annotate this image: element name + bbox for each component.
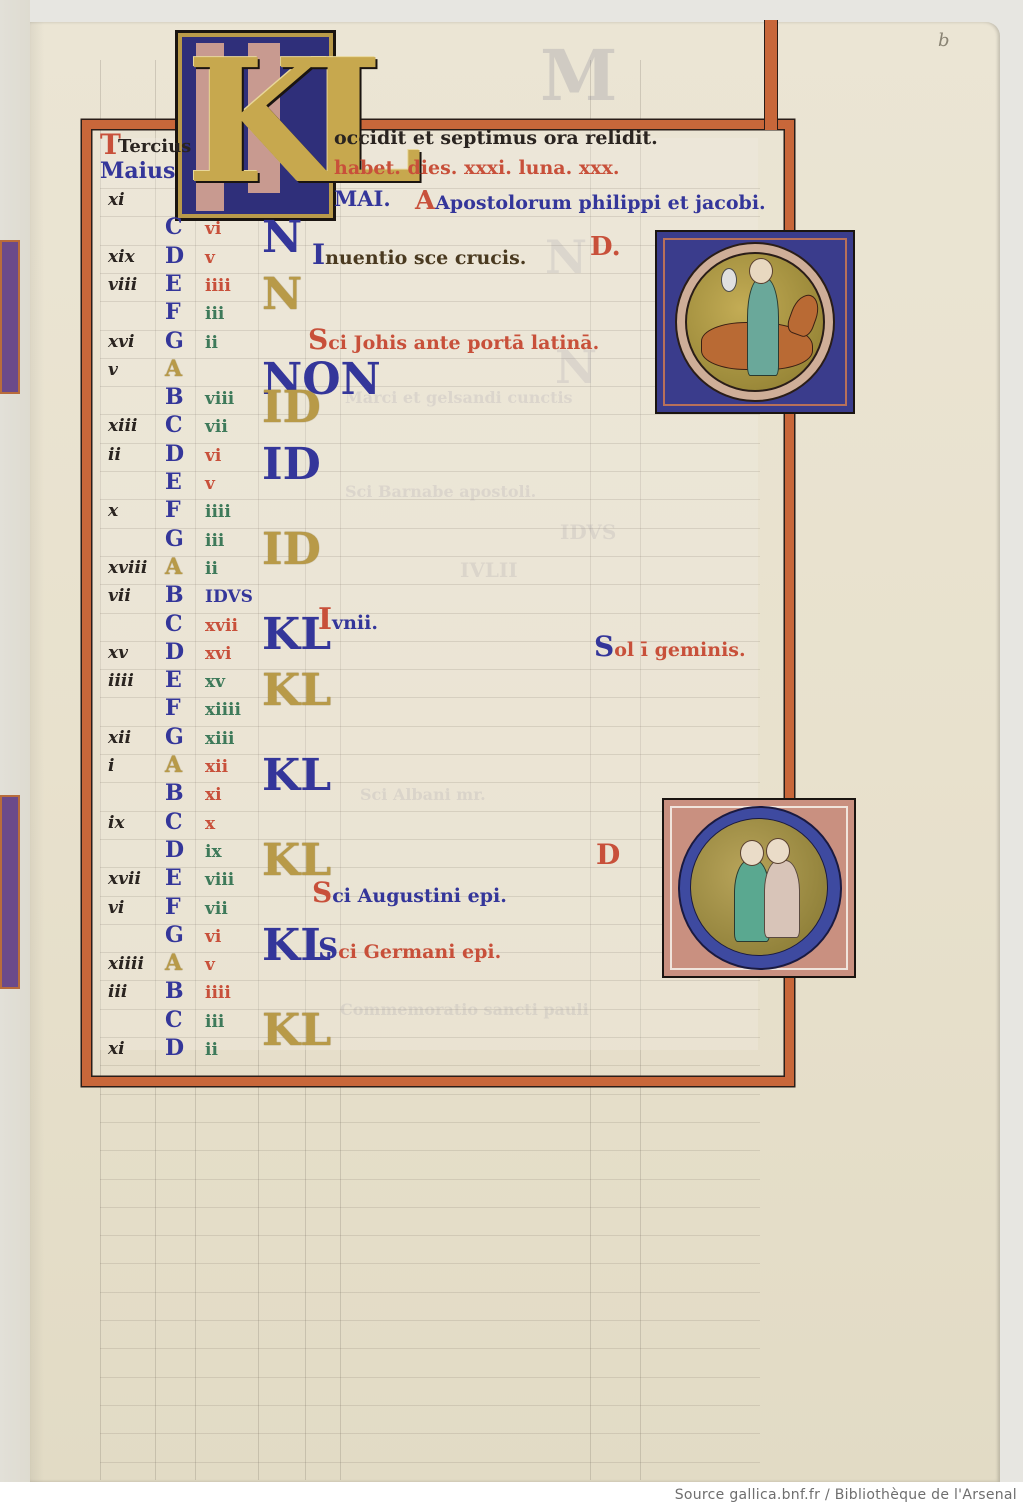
golden-number: xvii <box>108 869 141 889</box>
ruling-line <box>100 754 760 755</box>
dominical-letter: F <box>165 894 181 920</box>
day-count: iiii <box>205 276 231 296</box>
frame-extension-bar <box>764 20 778 130</box>
dominical-letter: A <box>165 752 182 778</box>
roman-date-marker: N <box>262 269 302 320</box>
golden-number: iiii <box>108 671 134 691</box>
page-gutter-shadow <box>30 22 44 1482</box>
ruling-line <box>100 528 760 529</box>
dominical-letter: F <box>165 497 181 523</box>
ruling-line <box>100 584 760 585</box>
day-count: viii <box>205 389 234 409</box>
dies-aegyptiacus-mark: D. <box>590 232 621 262</box>
kalends-label: MAI. <box>334 186 391 211</box>
twin-head-icon <box>766 838 790 864</box>
dominical-letter: F <box>165 299 181 325</box>
ruling-line <box>100 1094 760 1095</box>
ruling-line <box>100 839 760 840</box>
day-count: vii <box>205 899 228 919</box>
ruling-line <box>100 499 760 500</box>
day-count: v <box>205 474 215 494</box>
dominical-letter: C <box>165 611 183 637</box>
dominical-letter: B <box>165 780 184 806</box>
dominical-letter: D <box>165 639 184 665</box>
day-count: ii <box>205 559 218 579</box>
dominical-letter: A <box>165 950 182 976</box>
zodiac-note-gemini: Sol ī geminis. <box>594 630 746 663</box>
dominical-letter: C <box>165 214 183 240</box>
ruling-line <box>100 471 760 472</box>
ruling-line <box>100 924 760 925</box>
golden-number: i <box>108 756 114 776</box>
header-line2-left: Maius <box>100 158 175 184</box>
roman-date-marker: ID <box>262 382 321 433</box>
dominical-letter: C <box>165 412 183 438</box>
golden-number: xi <box>108 1039 125 1059</box>
dominical-letter: C <box>165 809 183 835</box>
day-count: vi <box>205 219 221 239</box>
day-count: ix <box>205 842 222 862</box>
ruling-line <box>100 1235 760 1236</box>
entry-inventio-crucis: Inuentio sce crucis. <box>312 238 526 271</box>
day-count: vi <box>205 927 221 947</box>
dominical-letter: G <box>165 526 184 552</box>
falcon-icon <box>721 268 737 292</box>
day-count: iiii <box>205 983 231 1003</box>
dominical-letter: B <box>165 978 184 1004</box>
ruling-line <box>100 1462 760 1463</box>
golden-number: v <box>108 360 118 380</box>
dominical-letter: A <box>165 356 182 382</box>
previous-page-edge <box>0 0 30 1510</box>
day-count: ii <box>205 1040 218 1060</box>
day-count: iii <box>205 304 224 324</box>
header-line2-right: habet. dies. xxxi. luna. xxx. <box>334 157 619 179</box>
folio-mark: b <box>938 30 950 51</box>
ruling-line <box>100 414 760 415</box>
golden-number: xv <box>108 643 128 663</box>
entry-augustini: Sci Augustini epi. <box>312 876 507 909</box>
roman-date-marker: KL <box>262 750 331 801</box>
ruling-line <box>100 1348 760 1349</box>
dominical-letter: E <box>165 865 182 891</box>
day-count: iii <box>205 1012 224 1032</box>
ruling-line <box>100 1263 760 1264</box>
day-count: xvi <box>205 644 231 664</box>
ruling-line <box>100 867 760 868</box>
dominical-letter: A <box>165 554 182 580</box>
entry-johannes-ante-portam: Sci Johis ante portā latinā. <box>308 323 599 356</box>
ruling-line <box>100 1377 760 1378</box>
golden-number: vii <box>108 586 131 606</box>
golden-number: ii <box>108 445 121 465</box>
entry-germani: Sci Germani epi. <box>318 932 501 965</box>
golden-number: xiii <box>108 416 138 436</box>
ruling-line <box>100 1320 760 1321</box>
previous-page-miniature-fragment <box>0 240 20 394</box>
show-through-ghost: M <box>540 34 618 117</box>
dominical-letter: E <box>165 469 182 495</box>
day-count: x <box>205 814 215 834</box>
golden-number: x <box>108 501 118 521</box>
ruling-line <box>100 1292 760 1293</box>
golden-number: xix <box>108 247 135 267</box>
roman-date-marker: KL <box>262 1005 331 1056</box>
ruling-line <box>100 443 760 444</box>
dominical-letter: F <box>165 695 181 721</box>
dominical-letter: B <box>165 582 184 608</box>
day-count: iii <box>205 531 224 551</box>
decorated-initial-kl: KL <box>175 30 336 221</box>
ruling-line <box>100 726 760 727</box>
dominical-letter: D <box>165 1035 184 1061</box>
dominical-letter: G <box>165 724 184 750</box>
dominical-letter: D <box>165 441 184 467</box>
roman-date-marker: ID <box>262 524 321 575</box>
ruling-line <box>100 669 760 670</box>
golden-number: vi <box>108 898 124 918</box>
ruling-line <box>100 1150 760 1151</box>
dominical-letter: D <box>165 837 184 863</box>
day-count: xiii <box>205 729 235 749</box>
dominical-letter: G <box>165 922 184 948</box>
dominical-letter: E <box>165 271 182 297</box>
roman-date-marker: KL <box>262 665 331 716</box>
roman-date-marker: N <box>262 212 302 263</box>
ruling-line <box>100 1009 760 1010</box>
day-count: vii <box>205 417 228 437</box>
feast-apostles: AApostolorum philippi et jacobi. <box>415 186 766 216</box>
ruling-line <box>100 556 760 557</box>
day-count: ii <box>205 333 218 353</box>
golden-number: xii <box>108 728 131 748</box>
day-count: v <box>205 955 215 975</box>
previous-page-miniature-fragment <box>0 795 20 989</box>
entry-junii: Ivnii. <box>318 602 378 637</box>
day-count: xvii <box>205 616 238 636</box>
golden-number: xviii <box>108 558 147 578</box>
day-count: xiiii <box>205 700 241 720</box>
ides-label: IDVS <box>205 587 253 607</box>
golden-number: xvi <box>108 332 134 352</box>
ruling-line <box>100 1207 760 1208</box>
dies-aegyptiacus-mark: D <box>596 838 620 871</box>
twin-head-icon <box>740 840 764 866</box>
initial-letters: KL <box>186 35 393 210</box>
ruling-line <box>100 697 760 698</box>
dominical-letter: C <box>165 1007 183 1033</box>
source-credit: Source gallica.bnf.fr / Bibliothèque de … <box>675 1487 1017 1503</box>
day-count: iiii <box>205 502 231 522</box>
header-line1-left: Tercius <box>118 136 191 157</box>
dominical-letter: G <box>165 328 184 354</box>
day-count: vi <box>205 446 221 466</box>
dominical-letter: D <box>165 243 184 269</box>
twin-figure-right-icon <box>764 860 800 938</box>
rider-figure-icon <box>747 278 779 376</box>
dominical-letter: E <box>165 667 182 693</box>
ruling-line <box>100 1179 760 1180</box>
golden-number: viii <box>108 275 137 295</box>
dominical-letter: B <box>165 384 184 410</box>
ruling-line <box>100 1405 760 1406</box>
golden-number: iii <box>108 982 127 1002</box>
medallion-gemini <box>662 798 856 978</box>
day-count: xi <box>205 785 222 805</box>
roman-date-marker: ID <box>262 439 321 490</box>
ruling-line <box>100 782 760 783</box>
ruling-line <box>100 811 760 812</box>
day-count: xii <box>205 757 228 777</box>
day-count: xv <box>205 672 225 692</box>
ruling-line <box>100 980 760 981</box>
day-count: viii <box>205 870 234 890</box>
rider-head-icon <box>749 258 773 284</box>
golden-number: xiiii <box>108 954 144 974</box>
golden-number: ix <box>108 813 125 833</box>
ruling-line <box>100 1037 760 1038</box>
ruling-line <box>100 1433 760 1434</box>
golden-number: xi <box>108 190 125 210</box>
medallion-labour-of-month <box>655 230 855 414</box>
header-line1-right: occidit et septimus ora relidit. <box>334 127 658 149</box>
ruling-line <box>100 1065 760 1066</box>
ruling-line <box>100 1122 760 1123</box>
ruling-line <box>100 613 760 614</box>
day-count: v <box>205 248 215 268</box>
